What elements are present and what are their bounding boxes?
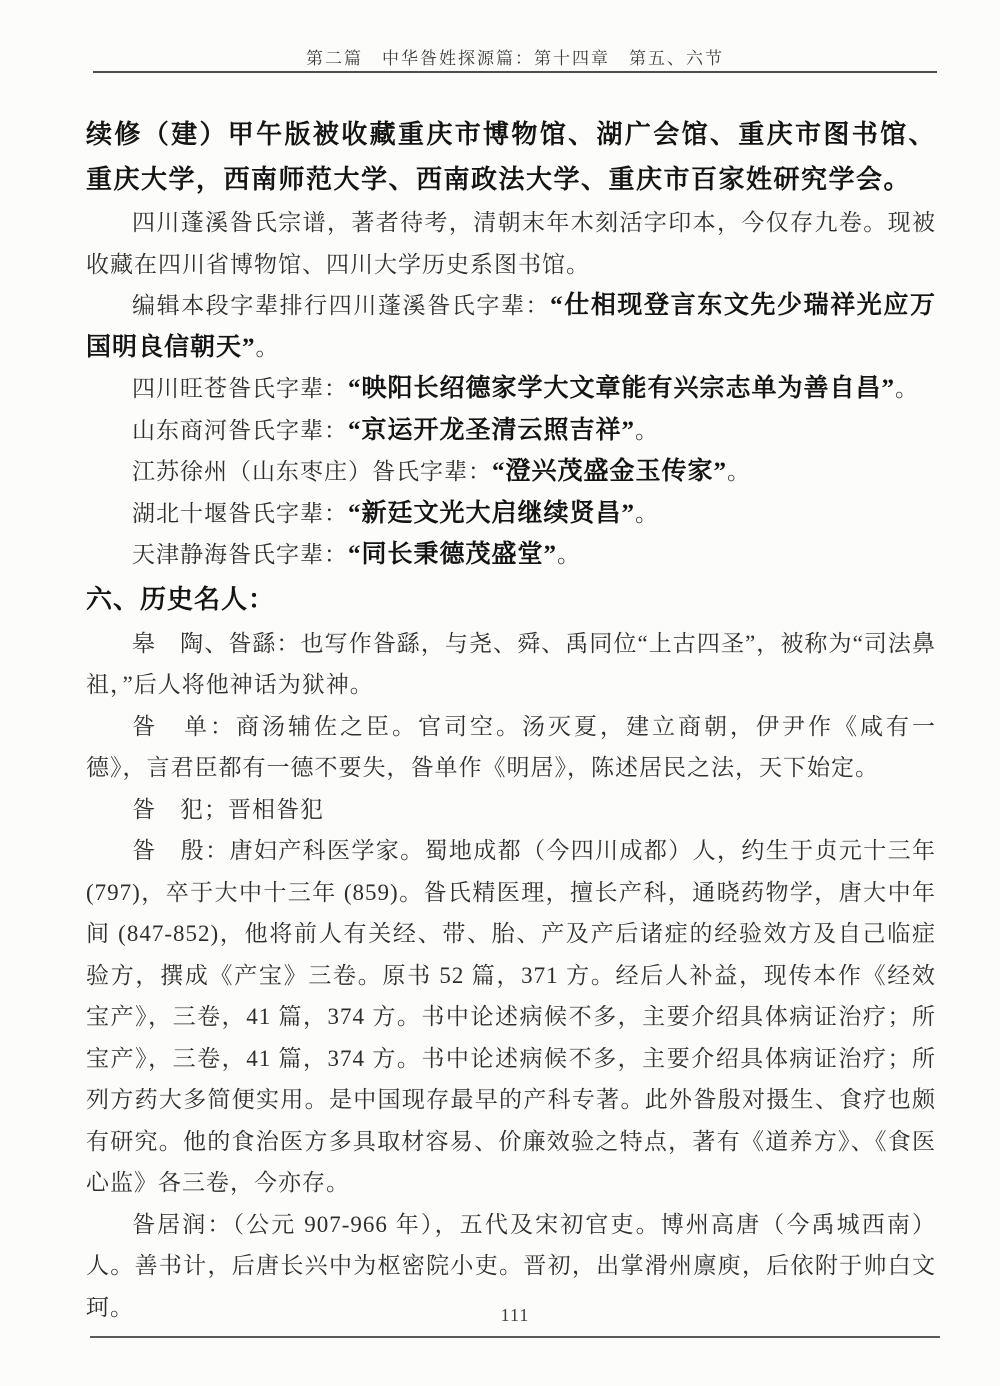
paragraph-shanghe-generation-poem: 山东商河昝氏字辈：“京运开龙圣清云照吉祥”。 xyxy=(86,410,936,452)
paragraph-gaoyao: 皋 陶、昝繇：也写作昝繇，与尧、舜、禹同位“上古四圣”，被称为“司法鼻祖，”后人… xyxy=(86,623,936,706)
body-text: 昝居润：（公元 907-966 年），五代及宋初官吏。博州高唐（今禹城西南）人。… xyxy=(86,1212,936,1320)
body-text: 。 xyxy=(635,418,659,443)
emphasis-text: “京运开龙圣清云照吉祥” xyxy=(348,417,635,444)
section-heading-historical-figures: 六、历史名人： xyxy=(86,576,936,623)
paragraph-zanfan: 昝 犯；晋相昝犯 xyxy=(86,789,936,831)
body-text: 江苏徐州（山东枣庄）昝氏字辈： xyxy=(132,459,492,484)
emphasis-text: “澄兴茂盛金玉传家” xyxy=(492,458,727,485)
body-text: 昝 单：商汤辅佐之臣。官司空。汤灭夏，建立商朝，伊尹作《咸有一德》，言君臣都有一… xyxy=(86,714,936,781)
header-divider xyxy=(93,71,937,73)
running-header: 第二篇 中华昝姓探源篇：第十四章 第五、六节 xyxy=(93,44,937,69)
paragraph-continuation-collections: 续修（建）甲午版被收藏重庆市博物馆、湖广会馆、重庆市图书馆、重庆大学，西南师范大… xyxy=(86,112,936,202)
body-text: 昝 殷：唐妇产科医学家。蜀地成都（今四川成都）人，约生于贞元十三年 (797)，… xyxy=(86,838,936,1195)
paragraph-shiyan-generation-poem: 湖北十堰昝氏字辈：“新廷文光大启继续贤昌”。 xyxy=(86,493,936,535)
body-text: 皋 陶、昝繇：也写作昝繇，与尧、舜、禹同位“上古四圣”，被称为“司法鼻祖，”后人… xyxy=(86,631,936,698)
emphasis-text: “新廷文光大启继续贤昌” xyxy=(348,500,635,527)
paragraph-zanyin: 昝 殷：唐妇产科医学家。蜀地成都（今四川成都）人，约生于贞元十三年 (797)，… xyxy=(86,830,936,1204)
body-text: 。 xyxy=(557,542,581,567)
paragraph-zandan: 昝 单：商汤辅佐之臣。官司空。汤灭夏，建立商朝，伊尹作《咸有一德》，言君臣都有一… xyxy=(86,706,936,789)
document-body: 续修（建）甲午版被收藏重庆市博物馆、湖广会馆、重庆市图书馆、重庆大学，西南师范大… xyxy=(86,112,936,1328)
page-number: 111 xyxy=(93,1305,937,1326)
emphasis-text: “映阳长绍德家学大文章能有兴宗志单为善自昌” xyxy=(348,375,895,402)
paragraph-pengxi-generation-poem: 编辑本段字辈排行四川蓬溪昝氏字辈：“仕相现登言东文先少瑞祥光应万国明良信朝天”。 xyxy=(86,285,936,368)
emphasis-text: 续修（建）甲午版被收藏重庆市博物馆、湖广会馆、重庆市图书馆、重庆大学，西南师范大… xyxy=(86,120,936,194)
body-text: 。 xyxy=(256,335,280,360)
emphasis-text: 六、历史名人： xyxy=(86,585,275,614)
body-text: 四川蓬溪昝氏宗谱，著者待考，清朝末年木刻活字印本，今仅存九卷。现被收藏在四川省博… xyxy=(86,210,936,277)
paragraph-jinghai-generation-poem: 天津静海昝氏字辈：“同长秉德茂盛堂”。 xyxy=(86,534,936,576)
scanned-book-page: 第二篇 中华昝姓探源篇：第十四章 第五、六节 续修（建）甲午版被收藏重庆市博物馆… xyxy=(0,0,1000,1386)
body-text: 湖北十堰昝氏字辈： xyxy=(132,501,348,526)
body-text: 。 xyxy=(727,459,751,484)
body-text: 编辑本段字辈排行四川蓬溪昝氏字辈： xyxy=(132,293,550,318)
body-text: 昝 犯；晋相昝犯 xyxy=(132,797,324,822)
footer-divider xyxy=(90,1336,940,1338)
paragraph-pengxi-genealogy: 四川蓬溪昝氏宗谱，著者待考，清朝末年木刻活字印本，今仅存九卷。现被收藏在四川省博… xyxy=(86,202,936,285)
body-text: 。 xyxy=(635,501,659,526)
body-text: 四川旺苍昝氏字辈： xyxy=(132,376,348,401)
paragraph-wangcang-generation-poem: 四川旺苍昝氏字辈：“映阳长绍德家学大文章能有兴宗志单为善自昌”。 xyxy=(86,368,936,410)
emphasis-text: “同长秉德茂盛堂” xyxy=(348,541,557,568)
body-text: 山东商河昝氏字辈： xyxy=(132,418,348,443)
paragraph-xuzhou-generation-poem: 江苏徐州（山东枣庄）昝氏字辈：“澄兴茂盛金玉传家”。 xyxy=(86,451,936,493)
body-text: 。 xyxy=(895,376,919,401)
body-text: 天津静海昝氏字辈： xyxy=(132,542,348,567)
